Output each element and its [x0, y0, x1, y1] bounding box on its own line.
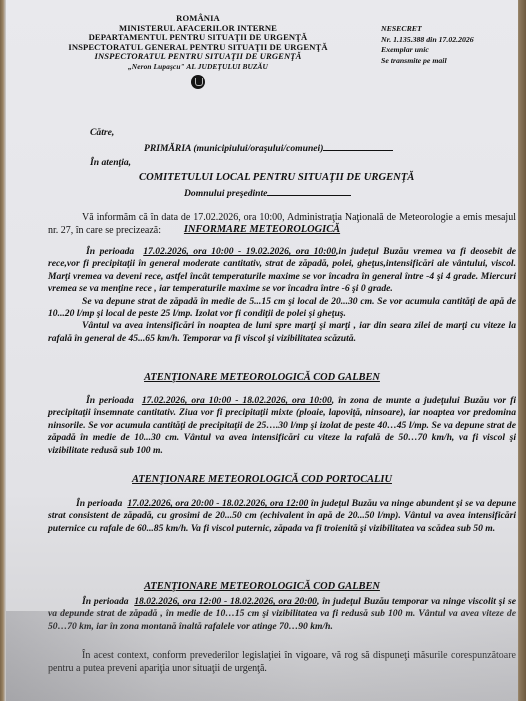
- section-body-cod-galben-1: În perioada 17.02.2026, ora 10:00 - 18.0…: [48, 395, 516, 457]
- period-lead: În perioada: [76, 498, 122, 509]
- period-lead: În perioada: [86, 395, 134, 406]
- copy-note: Exemplar unic: [381, 45, 521, 56]
- president-blank: [267, 187, 351, 196]
- registration-number: Nr. 1.135.388 din 17.02.2026: [381, 35, 521, 46]
- section-title-cod-galben-1: ATENŢIONARE METEOROLOGICĂ COD GALBEN: [6, 372, 518, 383]
- coat-of-arms-icon: [191, 75, 205, 89]
- recipient-text: PRIMĂRIA (municipiului/oraşului/comunei): [144, 143, 323, 154]
- header-line: INSPECTORATUL PENTRU SITUAŢII DE URGENŢĂ: [68, 52, 328, 62]
- section-body-cod-galben-2: În perioada 18.02.2026, ora 12:00 - 18.0…: [48, 596, 516, 633]
- classification-label: NESECRET: [381, 24, 521, 35]
- committee-line: COMITETULUI LOCAL PENTRU SITUAŢII DE URG…: [139, 172, 414, 183]
- period-range: 17.02.2026, ora 20:00 - 18.02.2026, ora …: [127, 498, 308, 509]
- section-title-informare: INFORMARE METEOROLOGICĂ: [6, 224, 518, 235]
- period-lead: În perioada: [82, 596, 129, 607]
- snow-text: Se va depune strat de zăpadă în medie de…: [48, 296, 516, 319]
- section-title-cod-galben-2: ATENŢIONARE METEOROLOGICĂ COD GALBEN: [6, 581, 518, 592]
- section-title-cod-portocaliu: ATENŢIONARE METEOROLOGICĂ COD PORTOCALIU: [6, 474, 518, 485]
- period-range: 17.02.2026, ora 10:00 - 18.02.2026, ora …: [142, 395, 332, 406]
- section-body-cod-portocaliu: În perioada 17.02.2026, ora 20:00 - 18.0…: [48, 498, 516, 535]
- section-body-informare: În perioada 17.02.2026, ora 10:00 - 19.0…: [48, 246, 516, 345]
- period-range: 18.02.2026, ora 12:00 - 18.02.2026, ora …: [134, 596, 317, 607]
- issuer-header: ROMÂNIA MINISTERUL AFACERILOR INTERNE DE…: [68, 14, 328, 89]
- recipient-line: PRIMĂRIA (municipiului/oraşului/comunei): [144, 142, 393, 154]
- attention-label: În atenţia,: [90, 157, 131, 168]
- closing-paragraph: În acest context, conform prevederilor l…: [48, 650, 516, 675]
- transmission-note: Se transmite pe mail: [381, 56, 521, 67]
- president-line: Domnului preşedinte: [184, 187, 351, 199]
- document-page: ROMÂNIA MINISTERUL AFACERILOR INTERNE DE…: [6, 0, 518, 701]
- wind-text: Vântul va avea intensificări în noaptea …: [48, 320, 516, 343]
- period-lead: În perioada: [86, 246, 134, 257]
- header-line: „Neron Lupaşcu" AL JUDEŢULUI BUZĂU: [68, 62, 328, 72]
- closing-text: În acest context, conform prevederilor l…: [48, 650, 516, 674]
- classification-block: NESECRET Nr. 1.135.388 din 17.02.2026 Ex…: [381, 24, 521, 66]
- president-text: Domnului preşedinte: [184, 188, 267, 199]
- recipient-blank: [323, 142, 393, 151]
- period-range: 17.02.2026, ora 10:00 - 19.02.2026, ora …: [143, 246, 336, 257]
- to-label: Către,: [90, 127, 114, 138]
